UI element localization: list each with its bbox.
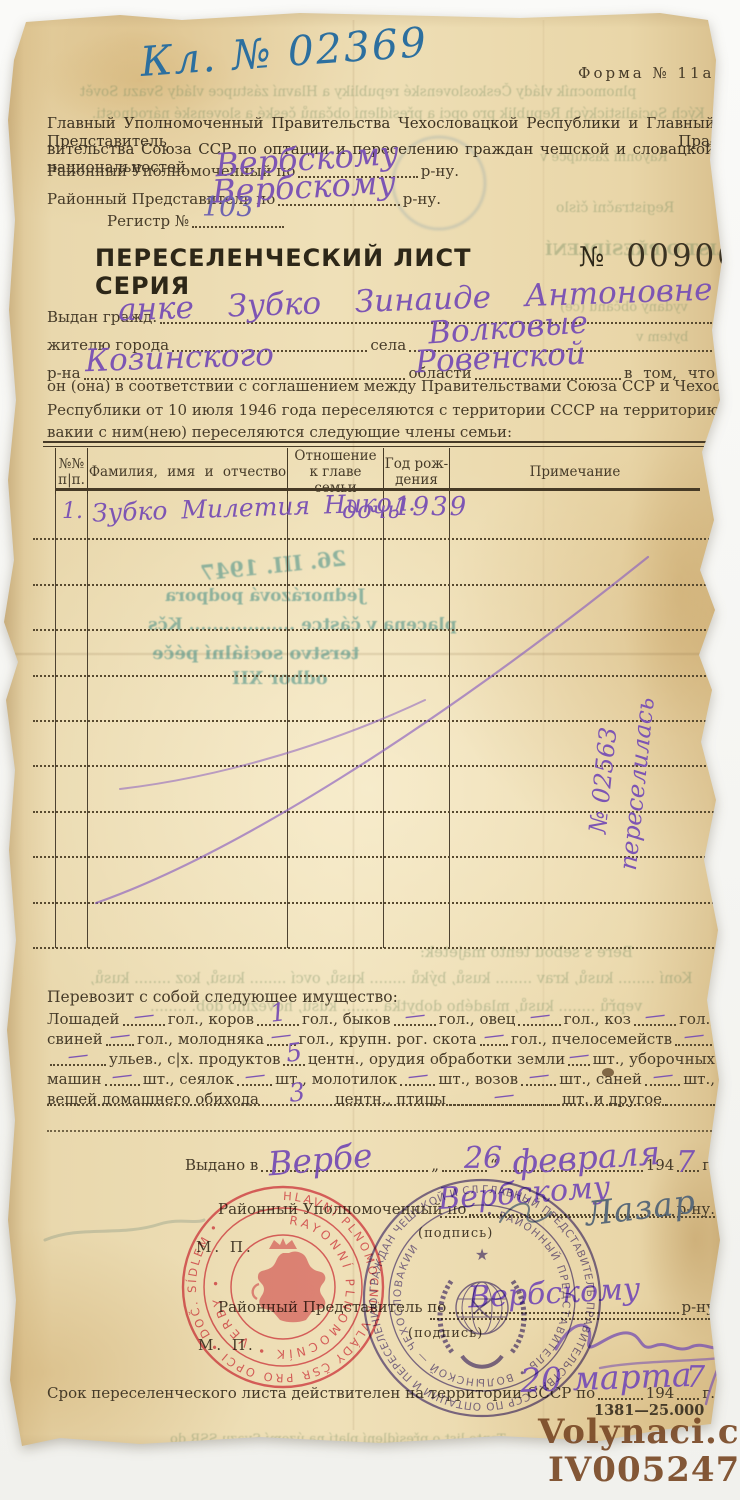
register-label: Регистр № <box>107 212 189 230</box>
district-suffix: р-ну <box>682 1298 716 1316</box>
cell <box>450 494 700 539</box>
cell <box>88 766 288 811</box>
cell <box>384 585 450 630</box>
blank-line: — <box>400 1081 435 1086</box>
blank-line: — <box>394 1021 436 1026</box>
czech-lion-emblem <box>253 1238 326 1322</box>
handwritten-count: — <box>528 1002 552 1028</box>
blank-line: — <box>568 1061 589 1066</box>
table-row <box>55 585 700 630</box>
blank-line <box>677 1395 699 1400</box>
handwritten-count: — <box>682 1022 706 1048</box>
property-label: гол., крупн. рог. скота <box>299 1030 477 1048</box>
cell <box>288 676 384 721</box>
handwritten-count: — <box>110 1062 134 1088</box>
stamp-inner-text: • РАЙОННЫЙ ПРЕДСТАВИТЕЛЬ • ВОЛЫНСКОЙ — Ч… <box>392 1208 572 1388</box>
district-suffix: р-ну. <box>421 162 459 180</box>
handwritten-raion: Козинского <box>84 337 274 380</box>
property-line-4: машин — шт., сеялок — шт., молотилок — ш… <box>47 1070 715 1088</box>
cell <box>384 903 450 948</box>
property-line-5: вещей домашнего обихода 3 центн., птицы … <box>47 1090 715 1108</box>
district-suffix: р-ну. <box>403 190 441 208</box>
cell <box>88 903 288 948</box>
cell <box>384 539 450 584</box>
header-text: Примечание <box>530 464 621 480</box>
table-row <box>55 539 700 584</box>
resettlement-sheet-paper: plnomocník vlády Československé republik… <box>0 0 740 1460</box>
blank-line: — <box>105 1081 140 1086</box>
column-header-note: Примечание <box>450 448 700 496</box>
header-text: п|п. <box>58 472 85 488</box>
cell <box>88 630 288 675</box>
title-series-number: 00906 <box>626 238 740 274</box>
header-text: Фамилия, имя и отчество <box>89 464 286 480</box>
ruled-line <box>47 1130 715 1132</box>
cell <box>384 857 450 902</box>
handwritten-count: — <box>482 1022 506 1048</box>
handwritten-count: — <box>651 1062 675 1088</box>
table-top-rule <box>43 441 710 447</box>
handwritten-count: — <box>243 1062 267 1088</box>
property-label: гол., молодняка <box>137 1030 264 1048</box>
stamp-outer-text: ГЛАВНЫЙ ПРЕДСТАВИТЕЛЬ ПРАВИТЕЛЬСТВА СССР… <box>352 1168 596 1412</box>
cell <box>288 903 384 948</box>
form-number: Форма № 11а <box>578 64 714 82</box>
handwritten-count: — <box>643 1002 667 1028</box>
cell <box>450 766 700 811</box>
property-label: вещей домашнего обихода <box>47 1090 259 1108</box>
bleedthrough-text: Koní ........ kusů, krav ........ kusů, … <box>90 971 693 987</box>
property-label: гол., коров <box>168 1010 254 1028</box>
blank-line: 3 <box>262 1101 332 1106</box>
purple-round-stamp-soviet: ГЛАВНЫЙ ПРЕДСТАВИТЕЛЬ ПРАВИТЕЛЬСТВА СССР… <box>352 1168 612 1428</box>
column-header-number: №№ п|п. <box>55 448 88 496</box>
column-header-name: Фамилия, имя и отчество <box>88 448 288 496</box>
blank-line: — <box>675 1041 712 1046</box>
cell <box>288 766 384 811</box>
cell <box>88 539 288 584</box>
blank-line: — <box>449 1101 559 1106</box>
cell <box>384 766 450 811</box>
property-label: шт. и другое <box>562 1090 662 1108</box>
cell <box>288 812 384 857</box>
header-text: Год рож- <box>385 456 448 472</box>
property-intro: Перевозит с собой следующее имущество: <box>47 988 398 1006</box>
bleedthrough-text: Tento list o přesídlení platí na území S… <box>170 1432 506 1447</box>
property-label: центн., птицы <box>335 1090 446 1108</box>
soviet-emblem: ★ <box>440 1245 524 1367</box>
title-number-sign: № <box>579 242 605 273</box>
handwritten-validity-year: 7 <box>686 1360 705 1395</box>
cell <box>55 857 88 902</box>
handwritten-register-number: 103 <box>202 192 254 223</box>
blank-line <box>665 1101 712 1106</box>
property-label: шт., саней <box>559 1070 642 1088</box>
cell <box>384 721 450 766</box>
handwritten-case-number: Кл. № 02369 <box>139 18 430 86</box>
blank-line: — <box>50 1061 106 1066</box>
blue-paraph <box>712 570 740 676</box>
property-label: шт., сеялок <box>143 1070 234 1088</box>
cell <box>55 721 88 766</box>
blank-line: — <box>518 1021 560 1026</box>
agreement-paragraph-line3: вакии с ним(нею) переселяются следующие … <box>47 423 715 441</box>
cell <box>450 812 700 857</box>
handwritten-issue-year: 7 <box>676 1145 695 1180</box>
cell <box>450 585 700 630</box>
archive-watermark-id: IV005247 <box>548 1450 740 1490</box>
blank-line: — <box>480 1041 508 1046</box>
paper-shadow-wrap: plnomocník vlády Československé republik… <box>0 0 740 1500</box>
handwritten-row-number: 1. <box>62 499 83 524</box>
handwritten-count: — <box>403 1002 427 1028</box>
property-line-1: Лошадей — гол., коров 1 гол., быков — го… <box>47 1010 715 1028</box>
year-suffix: г. <box>702 1156 715 1174</box>
cell <box>384 676 450 721</box>
scanner-edge-artifact <box>127 0 187 13</box>
scanned-document: plnomocník vlády Československé republik… <box>0 0 740 1500</box>
cell <box>55 676 88 721</box>
handwritten-birth-year: 1939 <box>394 492 468 522</box>
property-label: гол., коз <box>564 1010 631 1028</box>
star-icon: ★ <box>475 1245 489 1264</box>
cell <box>55 903 88 948</box>
cell <box>88 857 288 902</box>
handwritten-count: — <box>527 1062 551 1088</box>
handwritten-count: — <box>132 1002 156 1028</box>
handwritten-count: — <box>66 1042 90 1068</box>
cell <box>288 539 384 584</box>
header-text: Отношение <box>294 448 376 464</box>
cell <box>384 812 450 857</box>
header-text: №№ <box>59 456 85 472</box>
handwritten-relation: дочь <box>342 496 400 524</box>
cell <box>88 721 288 766</box>
cell <box>288 630 384 675</box>
ink-blot <box>602 1068 614 1077</box>
blank-line: — <box>237 1081 272 1086</box>
cell <box>288 721 384 766</box>
agreement-paragraph-line1: он (она) в соответствии с соглашением ме… <box>47 377 715 395</box>
blank-line: — <box>634 1021 676 1026</box>
property-line-3: — ульев., с|х. продуктов 5 центн., оруди… <box>47 1050 715 1068</box>
blank-line: 5 <box>283 1061 304 1066</box>
stamp-middle-ring <box>389 1205 575 1391</box>
property-label: шт., <box>683 1070 715 1088</box>
handwritten-count: — <box>567 1042 591 1068</box>
cell <box>88 812 288 857</box>
table-header-row: №№ п|п. Фамилия, имя и отчество Отношени… <box>55 448 700 491</box>
bleedthrough-text: Registrační číslo <box>556 200 674 216</box>
agreement-paragraph-line2: Республики от 10 июля 1946 года переселя… <box>47 401 715 419</box>
property-label: гол., быков <box>302 1010 391 1028</box>
issued-at-label: Выдано в <box>185 1156 258 1174</box>
property-line-2: свиней — гол., молодняка — гол., крупн. … <box>47 1030 715 1048</box>
bleedthrough-text: plnomocník vlády Československé republik… <box>80 84 636 100</box>
cell <box>55 766 88 811</box>
cell <box>384 630 450 675</box>
cell <box>55 585 88 630</box>
blank-line: — <box>645 1081 680 1086</box>
handwritten-count: — <box>108 1022 132 1048</box>
property-label: гол., овец <box>439 1010 516 1028</box>
cell <box>450 539 700 584</box>
cell <box>288 857 384 902</box>
cell <box>88 585 288 630</box>
register-line: Регистр № <box>107 212 287 230</box>
cell <box>55 812 88 857</box>
blank-line <box>192 223 284 228</box>
cell <box>55 539 88 584</box>
blank-line: — <box>521 1081 556 1086</box>
handwritten-count: 3 <box>287 1077 306 1108</box>
header-text: дения <box>395 472 438 488</box>
cell <box>450 721 700 766</box>
cell <box>288 585 384 630</box>
cell <box>55 630 88 675</box>
property-label: машин <box>47 1070 102 1088</box>
property-label: гол., пчелосемейств <box>511 1030 672 1048</box>
handwritten-count: — <box>492 1082 516 1108</box>
cell <box>88 676 288 721</box>
blank-line: — <box>106 1041 134 1046</box>
handwritten-count: — <box>406 1062 430 1088</box>
village-label: села <box>370 336 406 354</box>
archive-watermark-site: Volynaci.cz <box>538 1412 740 1452</box>
